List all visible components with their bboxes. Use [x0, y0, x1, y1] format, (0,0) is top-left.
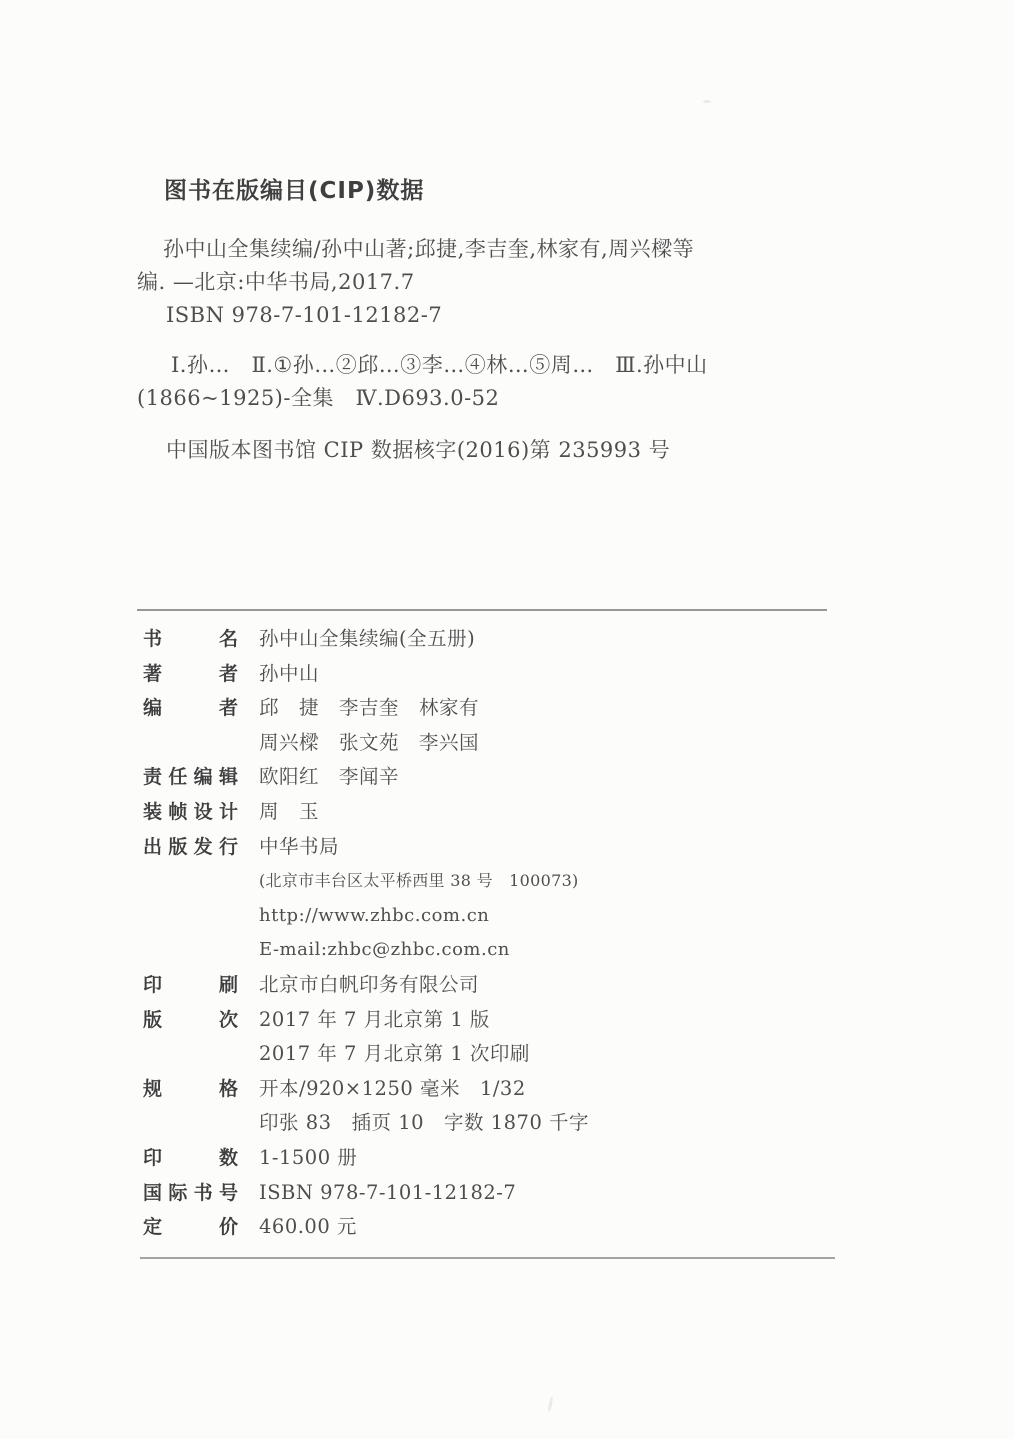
- colophon-row-label: 责任编辑: [143, 760, 238, 795]
- colophon-value-line: ISBN 978-7-101-12182-7: [259, 1176, 516, 1211]
- label-char: 数: [219, 1141, 238, 1176]
- label-char: 价: [219, 1210, 238, 1245]
- colophon-value-line: 中华书局: [259, 830, 579, 865]
- label-char: 任: [168, 760, 187, 795]
- label-char: 帧: [168, 795, 187, 830]
- colophon-table: 书名孙中山全集续编(全五册)著者孙中山编者邱 捷 李吉奎 林家有周兴樑 张文苑 …: [143, 622, 843, 1245]
- cip-description-line: 编. —北京:中华书局,2017.7: [137, 266, 837, 299]
- cip-record-number: 中国版本图书馆 CIP 数据核字(2016)第 235993 号: [137, 434, 837, 467]
- colophon-row-value: 孙中山全集续编(全五册): [259, 622, 475, 657]
- label-char: 书: [143, 622, 162, 657]
- label-char: 际: [168, 1176, 187, 1211]
- label-char: 发: [194, 830, 213, 865]
- label-char: 辑: [219, 760, 238, 795]
- colophon-row-value: 孙中山: [259, 657, 319, 692]
- colophon-row-value: 开本/920×1250 毫米 1/32印张 83 插页 10 字数 1870 千…: [259, 1072, 589, 1141]
- colophon-row-label: 印数: [143, 1141, 238, 1176]
- colophon-row-value: 欧阳红 李闻辛: [259, 760, 399, 795]
- colophon-row-label: 装帧设计: [143, 795, 238, 830]
- colophon-row-format: 规格开本/920×1250 毫米 1/32印张 83 插页 10 字数 1870…: [143, 1072, 843, 1141]
- colophon-row-label: 国际书号: [143, 1176, 238, 1211]
- colophon-row-label: 书名: [143, 622, 238, 657]
- divider-bottom: [140, 1257, 835, 1259]
- label-char: 计: [219, 795, 238, 830]
- colophon-row-designer: 装帧设计周 玉: [143, 795, 843, 830]
- label-char: 著: [143, 657, 162, 692]
- label-char: 国: [143, 1176, 162, 1211]
- colophon-row-label: 著者: [143, 657, 238, 692]
- colophon-row-value: 2017 年 7 月北京第 1 版2017 年 7 月北京第 1 次印刷: [259, 1003, 530, 1072]
- colophon-value-line: 开本/920×1250 毫米 1/32: [259, 1072, 589, 1107]
- colophon-row-isbn: 国际书号ISBN 978-7-101-12182-7: [143, 1176, 843, 1211]
- colophon-value-line: 北京市白帆印务有限公司: [259, 968, 479, 1003]
- divider-top: [137, 609, 827, 611]
- label-char: 出: [143, 830, 162, 865]
- cip-classification-line: (1866~1925)-全集 Ⅳ.D693.0-52: [137, 382, 837, 415]
- cip-heading: 图书在版编目(CIP)数据: [137, 176, 837, 206]
- colophon-row-label: 定价: [143, 1210, 238, 1245]
- label-char: 版: [168, 830, 187, 865]
- colophon-value-line: 孙中山: [259, 657, 319, 692]
- cip-description-line: 孙中山全集续编/孙中山著;邱捷,李吉奎,林家有,周兴樑等: [137, 233, 837, 266]
- label-char: 名: [219, 622, 238, 657]
- colophon-row-value: 周 玉: [259, 795, 319, 830]
- colophon-row-editors: 编者邱 捷 李吉奎 林家有周兴樑 张文苑 李兴国: [143, 691, 843, 760]
- colophon-value-line: E-mail:zhbc@zhbc.com.cn: [259, 933, 579, 968]
- colophon-row-label: 印刷: [143, 968, 238, 1003]
- colophon-row-label: 编者: [143, 691, 238, 726]
- cip-classification: Ⅰ.孙… Ⅱ.①孙…②邱…③李…④林…⑤周… Ⅲ.孙中山 (1866~1925)…: [137, 349, 837, 415]
- colophon-row-label: 出版发行: [143, 830, 238, 865]
- colophon-value-line: (北京市丰台区太平桥西里 38 号 100073): [259, 864, 579, 899]
- cip-classification-line: Ⅰ.孙… Ⅱ.①孙…②邱…③李…④林…⑤周… Ⅲ.孙中山: [137, 349, 837, 382]
- colophon-value-line: 2017 年 7 月北京第 1 版: [259, 1003, 530, 1038]
- colophon-value-line: 1-1500 册: [259, 1141, 357, 1176]
- colophon-row-value: 北京市白帆印务有限公司: [259, 968, 479, 1003]
- scan-artifact: [703, 100, 711, 103]
- colophon-value-line: 印张 83 插页 10 字数 1870 千字: [259, 1106, 589, 1141]
- colophon-row-print-run: 印数1-1500 册: [143, 1141, 843, 1176]
- label-char: 印: [143, 1141, 162, 1176]
- colophon-row-value: 460.00 元: [259, 1210, 357, 1245]
- colophon-value-line: http://www.zhbc.com.cn: [259, 899, 579, 934]
- colophon-value-line: 周兴樑 张文苑 李兴国: [259, 726, 479, 761]
- colophon-value-line: 孙中山全集续编(全五册): [259, 622, 475, 657]
- colophon-row-price: 定价460.00 元: [143, 1210, 843, 1245]
- label-char: 责: [143, 760, 162, 795]
- label-char: 版: [143, 1003, 162, 1038]
- label-char: 者: [219, 657, 238, 692]
- label-char: 设: [194, 795, 213, 830]
- colophon-row-publisher: 出版发行中华书局(北京市丰台区太平桥西里 38 号 100073)http://…: [143, 830, 843, 968]
- colophon-value-line: 周 玉: [259, 795, 319, 830]
- cip-section: 图书在版编目(CIP)数据 孙中山全集续编/孙中山著;邱捷,李吉奎,林家有,周兴…: [137, 0, 837, 467]
- colophon-row-value: 中华书局(北京市丰台区太平桥西里 38 号 100073)http://www.…: [259, 830, 579, 968]
- scan-artifact: [547, 1396, 553, 1412]
- label-char: 编: [143, 691, 162, 726]
- colophon-row-value: 1-1500 册: [259, 1141, 357, 1176]
- colophon-value-line: 460.00 元: [259, 1210, 357, 1245]
- colophon-row-label: 版次: [143, 1003, 238, 1038]
- label-char: 刷: [219, 968, 238, 1003]
- colophon-value-line: 邱 捷 李吉奎 林家有: [259, 691, 479, 726]
- label-char: 号: [219, 1176, 238, 1211]
- cip-description: 孙中山全集续编/孙中山著;邱捷,李吉奎,林家有,周兴樑等 编. —北京:中华书局…: [137, 233, 837, 332]
- colophon-value-line: 欧阳红 李闻辛: [259, 760, 399, 795]
- colophon-value-line: 2017 年 7 月北京第 1 次印刷: [259, 1037, 530, 1072]
- label-char: 书: [194, 1176, 213, 1211]
- label-char: 格: [219, 1072, 238, 1107]
- label-char: 编: [194, 760, 213, 795]
- colophon-row-author: 著者孙中山: [143, 657, 843, 692]
- book-copyright-page: 图书在版编目(CIP)数据 孙中山全集续编/孙中山著;邱捷,李吉奎,林家有,周兴…: [0, 0, 1014, 1439]
- colophon-row-edition: 版次2017 年 7 月北京第 1 版2017 年 7 月北京第 1 次印刷: [143, 1003, 843, 1072]
- colophon-row-value: 邱 捷 李吉奎 林家有周兴樑 张文苑 李兴国: [259, 691, 479, 760]
- label-char: 次: [219, 1003, 238, 1038]
- colophon-row-printer: 印刷北京市白帆印务有限公司: [143, 968, 843, 1003]
- colophon-row-managing-editors: 责任编辑欧阳红 李闻辛: [143, 760, 843, 795]
- cip-isbn-line: ISBN 978-7-101-12182-7: [137, 299, 837, 332]
- colophon-row-value: ISBN 978-7-101-12182-7: [259, 1176, 516, 1211]
- label-char: 者: [219, 691, 238, 726]
- colophon-row-title: 书名孙中山全集续编(全五册): [143, 622, 843, 657]
- label-char: 行: [219, 830, 238, 865]
- label-char: 规: [143, 1072, 162, 1107]
- label-char: 印: [143, 968, 162, 1003]
- label-char: 定: [143, 1210, 162, 1245]
- colophon-row-label: 规格: [143, 1072, 238, 1107]
- label-char: 装: [143, 795, 162, 830]
